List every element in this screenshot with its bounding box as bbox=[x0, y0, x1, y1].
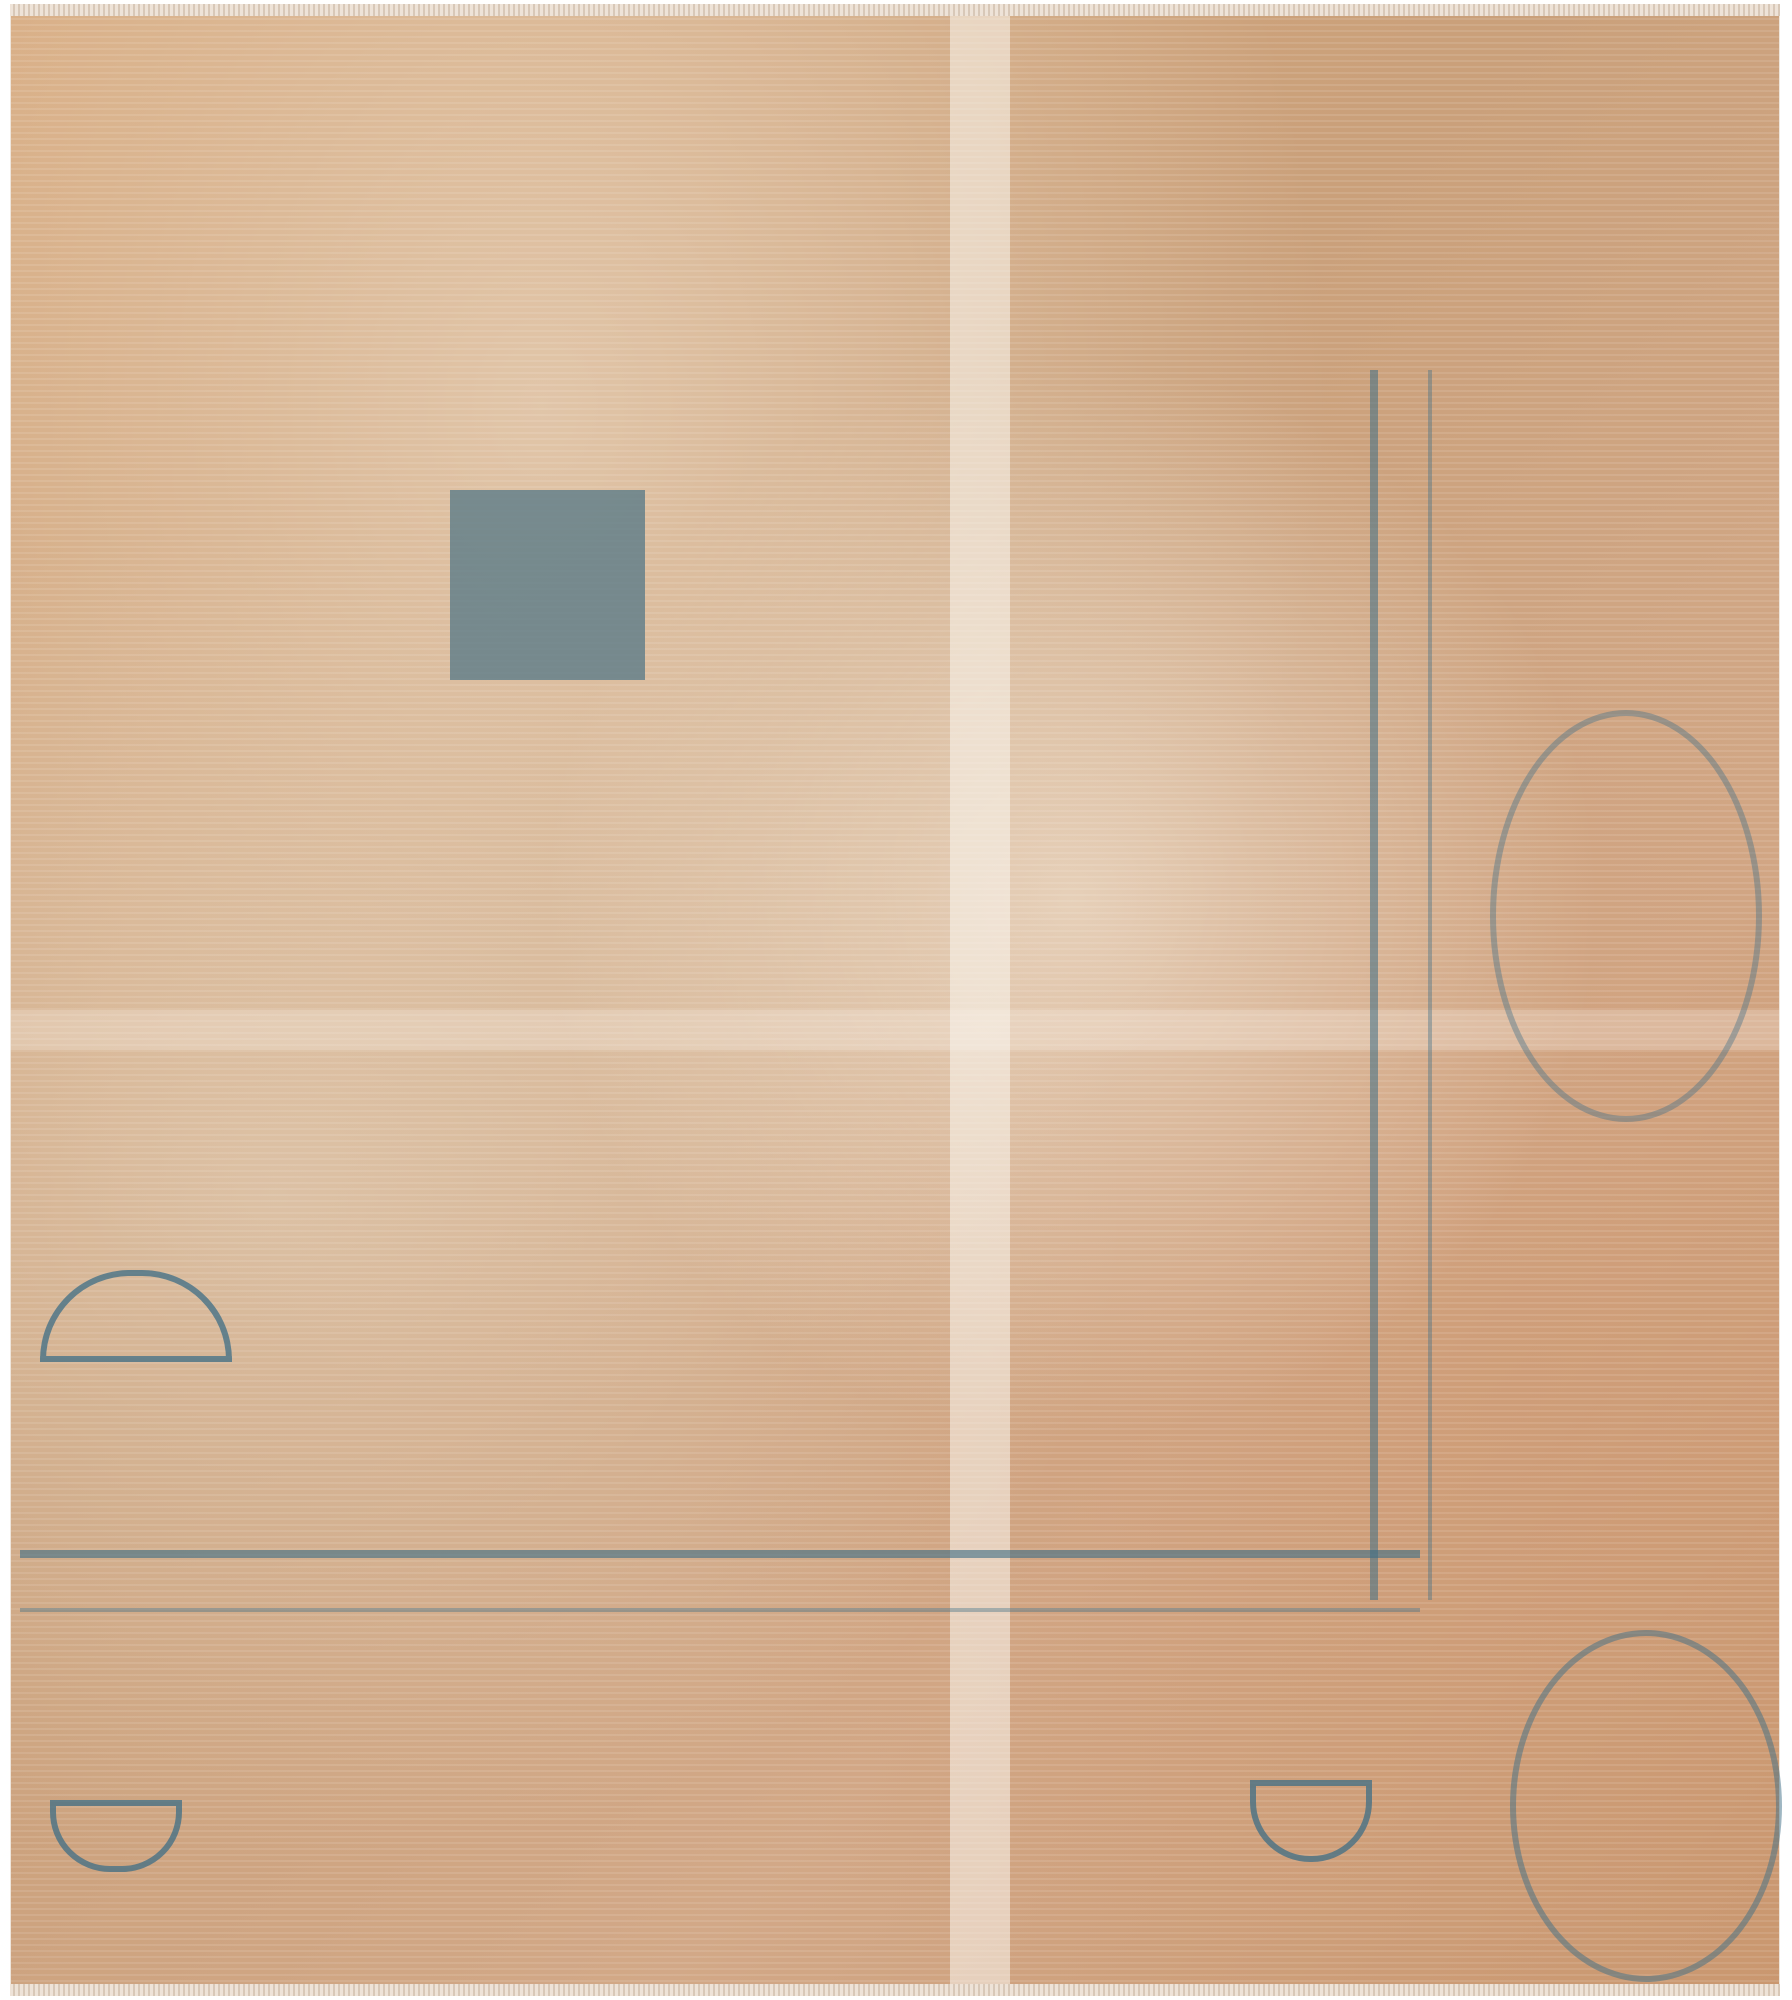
border-band bbox=[1370, 370, 1432, 1600]
medallion-motif bbox=[1510, 1630, 1782, 1982]
blue-patch bbox=[450, 490, 645, 680]
rug-fringe-bottom bbox=[10, 1984, 1780, 1996]
worn-streak bbox=[950, 10, 1010, 1988]
arch-motif bbox=[40, 1270, 232, 1362]
rug-fringe-top bbox=[10, 4, 1780, 16]
rug-photo bbox=[10, 10, 1780, 1988]
medallion-motif bbox=[1490, 710, 1762, 1122]
bowl-motif bbox=[50, 1800, 182, 1872]
border-band bbox=[20, 1550, 1420, 1612]
bowl-motif bbox=[1250, 1780, 1372, 1862]
